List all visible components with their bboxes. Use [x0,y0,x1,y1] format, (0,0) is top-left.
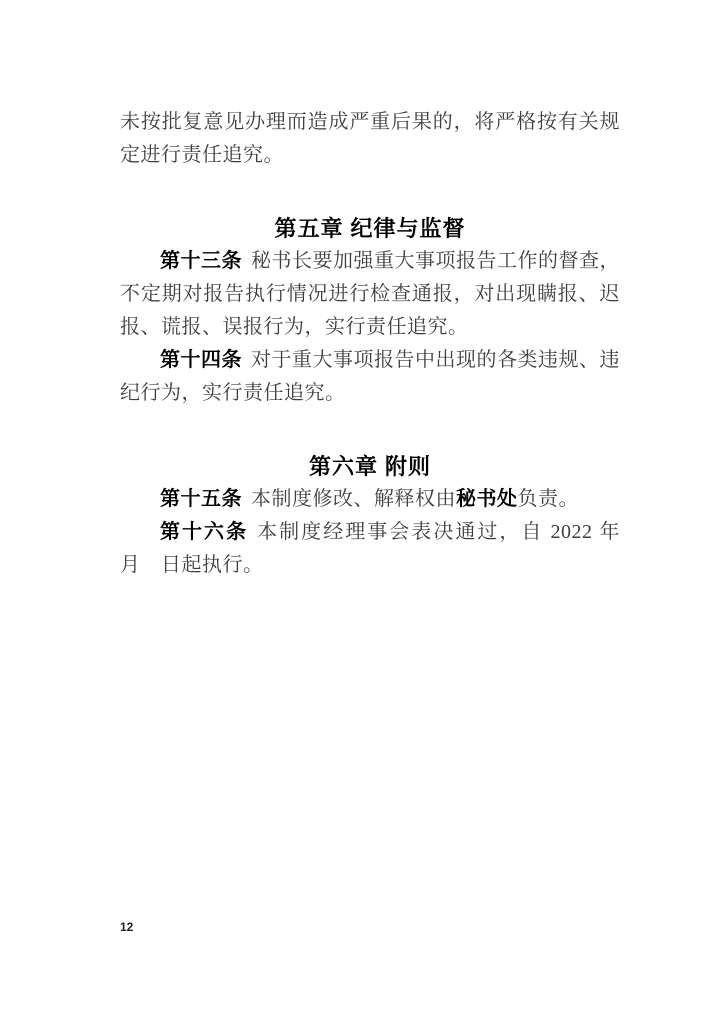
article-16-paragraph: 第十六条本制度经理事会表决通过，自 2022 年 月 日起执行。 [120,516,620,582]
article-15-number: 第十五条 [160,488,242,510]
article-14-number: 第十四条 [160,349,242,371]
article-14-paragraph: 第十四条对于重大事项报告中出现的各类违规、违纪行为，实行责任追究。 [120,344,620,410]
article-13-number: 第十三条 [160,250,242,272]
article-15-responsible-org: 秘书处 [456,488,518,510]
article-13-paragraph: 第十三条秘书长要加强重大事项报告工作的督查，不定期对报告执行情况进行检查通报，对… [120,245,620,344]
paragraph-continuation: 未按批复意见办理而造成严重后果的，将严格按有关规定进行责任追究。 [120,106,620,172]
paragraph-continuation-text: 未按批复意见办理而造成严重后果的，将严格按有关规定进行责任追究。 [120,111,620,166]
article-15-text-after: 负责。 [518,488,580,510]
chapter-5-heading: 第五章 纪律与监督 [120,212,620,245]
chapter-6-heading: 第六章 附则 [120,450,620,483]
article-16-number: 第十六条 [160,521,248,543]
document-page: 未按批复意见办理而造成严重后果的，将严格按有关规定进行责任追究。 第五章 纪律与… [0,0,720,1018]
article-15-text-before: 本制度修改、解释权由 [251,488,456,510]
page-number: 12 [120,919,133,935]
article-15-paragraph: 第十五条本制度修改、解释权由秘书处负责。 [120,483,620,516]
